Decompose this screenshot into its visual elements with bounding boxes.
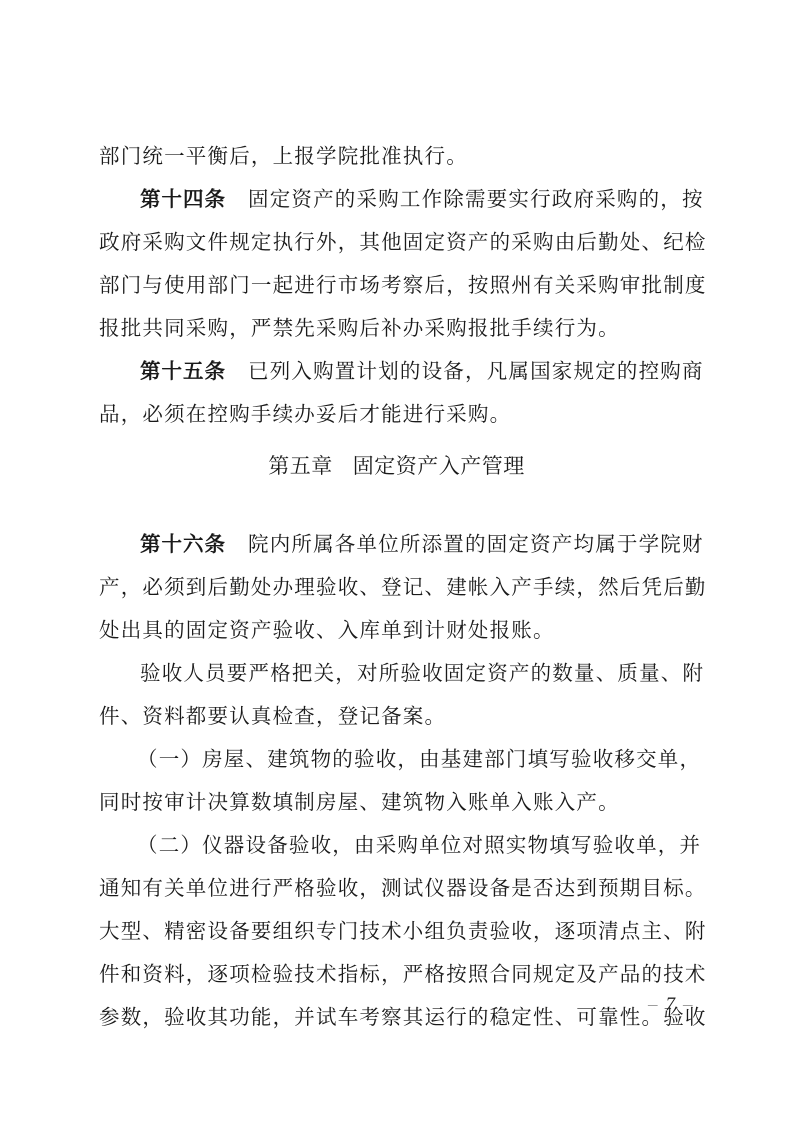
article-15: 第十五条已列入购置计划的设备，凡属国家规定的控购商 [99, 350, 697, 393]
chapter-heading: 第五章固定资产入产管理 [0, 445, 793, 488]
text-line: 院内所属各单位所添置的固定资产均属于学院财 [248, 532, 704, 556]
text-line: 政府采购文件规定执行外，其他固定资产的采购由后勤处、纪检 [99, 221, 697, 264]
article-14: 第十四条固定资产的采购工作除需要实行政府采购的，按 [99, 178, 697, 221]
text-block-lower: 第十六条院内所属各单位所添置的固定资产均属于学院财 产，必须到后勤处办理验收、登… [99, 523, 697, 1039]
dash-left: – [648, 994, 658, 1015]
article-16: 第十六条院内所属各单位所添置的固定资产均属于学院财 [99, 523, 697, 566]
paragraph-continuation: 部门统一平衡后，上报学院批准执行。 [99, 135, 697, 178]
page-number-value: 7 [666, 994, 676, 1015]
paragraph-inspection: 验收人员要严格把关，对所验收固定资产的数量、质量、附 [99, 652, 697, 695]
page-number: –7– [640, 994, 701, 1016]
text-line: 已列入购置计划的设备，凡属国家规定的控购商 [248, 359, 704, 383]
article-label: 第十四条 [140, 187, 226, 211]
chapter-number: 第五章 [268, 454, 333, 478]
text-line: （一）房屋、建筑物的验收，由基建部门填写验收移交单， [137, 747, 701, 771]
text-line: 报批共同采购，严禁先采购后补办采购报批手续行为。 [99, 307, 697, 350]
dash-right: – [683, 994, 693, 1015]
text-line: 大型、精密设备要组织专门技术小组负责验收，逐项清点主、附 [99, 910, 697, 953]
text-line: 同时按审计决算数填制房屋、建筑物入账单入账入产。 [99, 781, 697, 824]
article-label: 第十五条 [140, 359, 226, 383]
text-line: 部门与使用部门一起进行市场考察后，按照州有关采购审批制度 [99, 264, 697, 307]
list-item-1: （一）房屋、建筑物的验收，由基建部门填写验收移交单， [99, 738, 697, 781]
article-label: 第十六条 [140, 532, 226, 556]
text-block-upper: 部门统一平衡后，上报学院批准执行。 第十四条固定资产的采购工作除需要实行政府采购… [99, 135, 697, 436]
text-line: 验收人员要严格把关，对所验收固定资产的数量、质量、附 [140, 661, 704, 685]
text-line: 件、资料都要认真检查，登记备案。 [99, 695, 697, 738]
chapter-title: 固定资产入产管理 [353, 454, 525, 478]
list-item-2: （二）仪器设备验收，由采购单位对照实物填写验收单，并 [99, 824, 697, 867]
text-line: 产，必须到后勤处办理验收、登记、建帐入产手续，然后凭后勤 [99, 566, 697, 609]
text-line: 参数，验收其功能，并试车考察其运行的稳定性、可靠性。验收 [99, 996, 697, 1039]
text-line: 部门统一平衡后，上报学院批准执行。 [99, 144, 468, 168]
text-line: 处出具的固定资产验收、入库单到计财处报账。 [99, 609, 697, 652]
text-line: 件和资料，逐项检验技术指标，严格按照合同规定及产品的技术 [99, 953, 697, 996]
text-line: （二）仪器设备验收，由采购单位对照实物填写验收单，并 [137, 833, 701, 857]
text-line: 品，必须在控购手续办妥后才能进行采购。 [99, 393, 697, 436]
text-line: 通知有关单位进行严格验收，测试仪器设备是否达到预期目标。 [99, 867, 697, 910]
text-line: 固定资产的采购工作除需要实行政府采购的，按 [248, 187, 704, 211]
document-page: 部门统一平衡后，上报学院批准执行。 第十四条固定资产的采购工作除需要实行政府采购… [0, 0, 793, 1122]
